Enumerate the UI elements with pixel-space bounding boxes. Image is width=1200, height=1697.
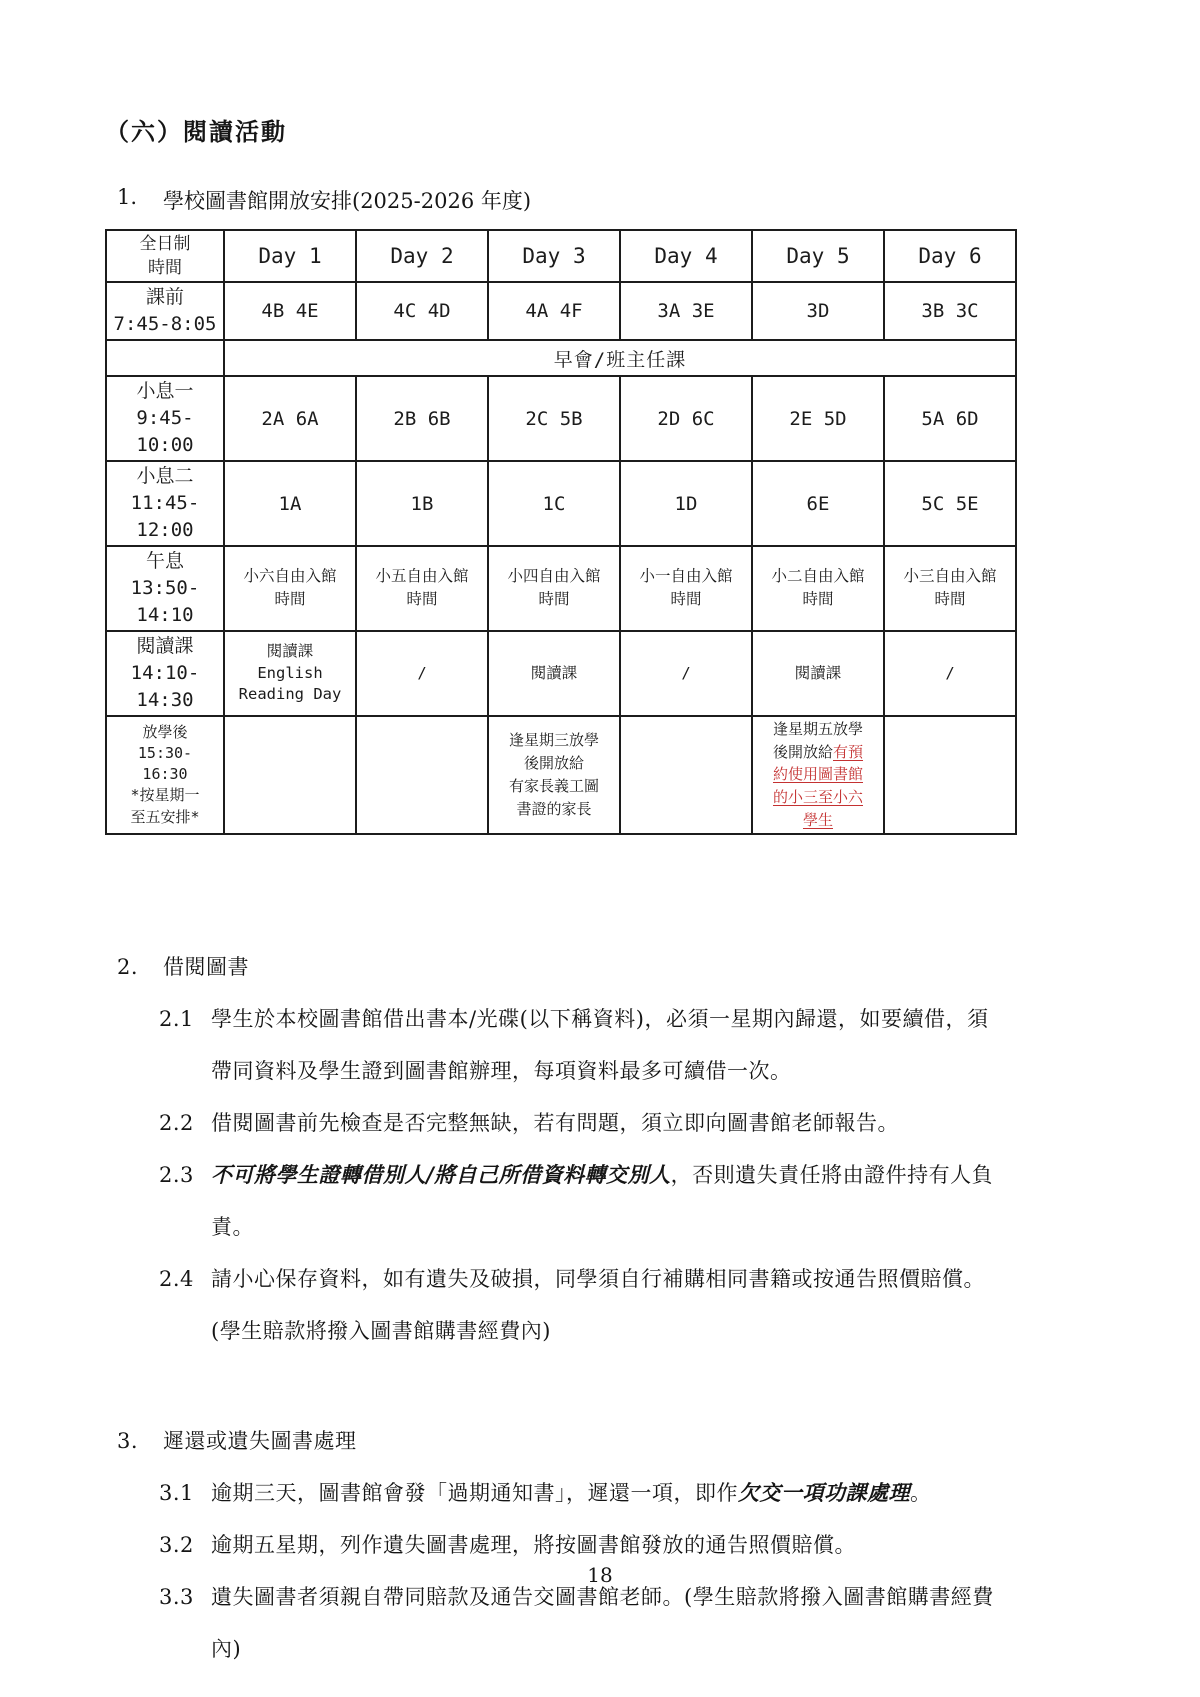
schedule-cell: 小二自由入館 時間: [752, 546, 884, 631]
table-row-before-class: 課前 7:45-8:05 4B 4E 4C 4D 4A 4F 3A 3E 3D …: [106, 282, 1016, 340]
schedule-cell: 小三自由入館 時間: [884, 546, 1016, 631]
rule-number: 3.1: [159, 1467, 211, 1519]
schedule-heading-number: 1.: [117, 185, 163, 215]
rule-text: 借閱圖書前先檢查是否完整無缺，若有問題，須立即向圖書館老師報告。: [211, 1097, 1003, 1149]
schedule-cell: 小五自由入館 時間: [356, 546, 488, 631]
rule-text: 逾期三天，圖書館會發「過期通知書」，遲還一項，即作欠交一項功課處理。: [211, 1467, 1003, 1519]
section-title-text: 遲還或遺失圖書處理: [163, 1415, 357, 1467]
schedule-cell: /: [620, 631, 752, 716]
rule-emphasis: 不可將學生證轉借別人/將自己所借資料轉交別人: [211, 1162, 671, 1187]
library-schedule-table: 全日制 時間 Day 1 Day 2 Day 3 Day 4 Day 5 Day…: [105, 229, 1017, 835]
document-page: （六）閱讀活動 1. 學校圖書館開放安排(2025-2026 年度) 全日制 時…: [0, 0, 1200, 1697]
rule-number: 2.1: [159, 993, 211, 1097]
schedule-cell-empty: [884, 716, 1016, 834]
schedule-cell: 閱讀課 English Reading Day: [224, 631, 356, 716]
schedule-cell: 閱讀課: [752, 631, 884, 716]
schedule-cell: 4B 4E: [224, 282, 356, 340]
time-slot-label: 小息二 11:45- 12:00: [106, 461, 224, 546]
rule-number: 2.3: [159, 1149, 211, 1253]
rule-item: 3.1 逾期三天，圖書館會發「過期通知書」，遲還一項，即作欠交一項功課處理。: [159, 1467, 1105, 1519]
schedule-cell: 4A 4F: [488, 282, 620, 340]
schedule-cell: 2D 6C: [620, 376, 752, 461]
rule-text: 學生於本校圖書館借出書本/光碟(以下稱資料)，必須一星期內歸還，如要續借，須帶同…: [211, 993, 1003, 1097]
rule-text-pre: 逾期三天，圖書館會發「過期通知書」，遲還一項，即作: [211, 1481, 738, 1505]
section-title: （六）閱讀活動: [105, 112, 1105, 147]
section-borrowing-heading: 2. 借閱圖書: [117, 941, 1105, 993]
time-slot-label: 閱讀課 14:10- 14:30: [106, 631, 224, 716]
table-row-after-school: 放學後 15:30- 16:30 *按星期一 至五安排* 逢星期三放學 後開放給…: [106, 716, 1016, 834]
schedule-cell: 3A 3E: [620, 282, 752, 340]
schedule-cell: 2E 5D: [752, 376, 884, 461]
corner-header: 全日制 時間: [106, 230, 224, 282]
schedule-cell: 逢星期三放學 後開放給 有家長義工圖 書證的家長: [488, 716, 620, 834]
rule-item: 2.1 學生於本校圖書館借出書本/光碟(以下稱資料)，必須一星期內歸還，如要續借…: [159, 993, 1105, 1097]
time-slot-label: 放學後 15:30- 16:30 *按星期一 至五安排*: [106, 716, 224, 834]
day-header-4: Day 4: [620, 230, 752, 282]
section-overdue: 3. 遲還或遺失圖書處理 3.1 逾期三天，圖書館會發「過期通知書」，遲還一項，…: [117, 1415, 1105, 1675]
rule-item: 2.4 請小心保存資料，如有遺失及破損，同學須自行補購相同書籍或按通告照價賠償。…: [159, 1253, 1105, 1357]
schedule-cell: 1C: [488, 461, 620, 546]
day-header-5: Day 5: [752, 230, 884, 282]
schedule-cell: 逢星期五放學 後開放給有預 約使用圖書館 的小三至小六 學生: [752, 716, 884, 834]
section-borrowing: 2. 借閱圖書 2.1 學生於本校圖書館借出書本/光碟(以下稱資料)，必須一星期…: [117, 941, 1105, 1357]
schedule-heading: 1. 學校圖書館開放安排(2025-2026 年度): [117, 185, 1105, 215]
schedule-cell: 2A 6A: [224, 376, 356, 461]
rule-text-post: 。: [910, 1481, 932, 1505]
section-title-text: 借閱圖書: [163, 941, 249, 993]
schedule-cell: 小六自由入館 時間: [224, 546, 356, 631]
rule-number: 2.2: [159, 1097, 211, 1149]
time-slot-label: 課前 7:45-8:05: [106, 282, 224, 340]
day-header-2: Day 2: [356, 230, 488, 282]
schedule-cell-empty: [224, 716, 356, 834]
table-row-header: 全日制 時間 Day 1 Day 2 Day 3 Day 4 Day 5 Day…: [106, 230, 1016, 282]
day-header-6: Day 6: [884, 230, 1016, 282]
table-row-recess2: 小息二 11:45- 12:00 1A 1B 1C 1D 6E 5C 5E: [106, 461, 1016, 546]
schedule-cell: 3B 3C: [884, 282, 1016, 340]
rule-item: 2.2 借閱圖書前先檢查是否完整無缺，若有問題，須立即向圖書館老師報告。: [159, 1097, 1105, 1149]
schedule-cell: 2B 6B: [356, 376, 488, 461]
schedule-cell: 5A 6D: [884, 376, 1016, 461]
schedule-cell: 2C 5B: [488, 376, 620, 461]
schedule-cell: 3D: [752, 282, 884, 340]
rule-emphasis: 欠交一項功課處理: [738, 1480, 910, 1505]
schedule-cell: 閱讀課: [488, 631, 620, 716]
schedule-cell-empty: [620, 716, 752, 834]
table-row-reading-class: 閱讀課 14:10- 14:30 閱讀課 English Reading Day…: [106, 631, 1016, 716]
schedule-cell: 6E: [752, 461, 884, 546]
time-slot-label: [106, 340, 224, 376]
rule-text: 請小心保存資料，如有遺失及破損，同學須自行補購相同書籍或按通告照價賠償。(學生賠…: [211, 1253, 1003, 1357]
day-header-3: Day 3: [488, 230, 620, 282]
schedule-cell: 1B: [356, 461, 488, 546]
schedule-cell: /: [356, 631, 488, 716]
schedule-cell: 1A: [224, 461, 356, 546]
schedule-cell: 4C 4D: [356, 282, 488, 340]
schedule-cell-empty: [356, 716, 488, 834]
section-number: 2.: [117, 941, 163, 993]
assembly-cell: 早會/班主任課: [224, 340, 1016, 376]
schedule-cell: 1D: [620, 461, 752, 546]
table-row-assembly: 早會/班主任課: [106, 340, 1016, 376]
rule-text: 不可將學生證轉借別人/將自己所借資料轉交別人，否則遺失責任將由證件持有人負責。: [211, 1149, 1003, 1253]
rule-item: 2.3 不可將學生證轉借別人/將自己所借資料轉交別人，否則遺失責任將由證件持有人…: [159, 1149, 1105, 1253]
section-number: 3.: [117, 1415, 163, 1467]
page-number: 18: [0, 1563, 1200, 1587]
time-slot-label: 小息一 9:45- 10:00: [106, 376, 224, 461]
schedule-cell: 5C 5E: [884, 461, 1016, 546]
table-row-lunch: 午息 13:50- 14:10 小六自由入館 時間 小五自由入館 時間 小四自由…: [106, 546, 1016, 631]
day-header-1: Day 1: [224, 230, 356, 282]
rule-number: 2.4: [159, 1253, 211, 1357]
section-overdue-heading: 3. 遲還或遺失圖書處理: [117, 1415, 1105, 1467]
time-slot-label: 午息 13:50- 14:10: [106, 546, 224, 631]
table-row-recess1: 小息一 9:45- 10:00 2A 6A 2B 6B 2C 5B 2D 6C …: [106, 376, 1016, 461]
schedule-cell: /: [884, 631, 1016, 716]
schedule-heading-title: 學校圖書館開放安排(2025-2026 年度): [163, 185, 531, 215]
schedule-cell: 小四自由入館 時間: [488, 546, 620, 631]
schedule-cell: 小一自由入館 時間: [620, 546, 752, 631]
